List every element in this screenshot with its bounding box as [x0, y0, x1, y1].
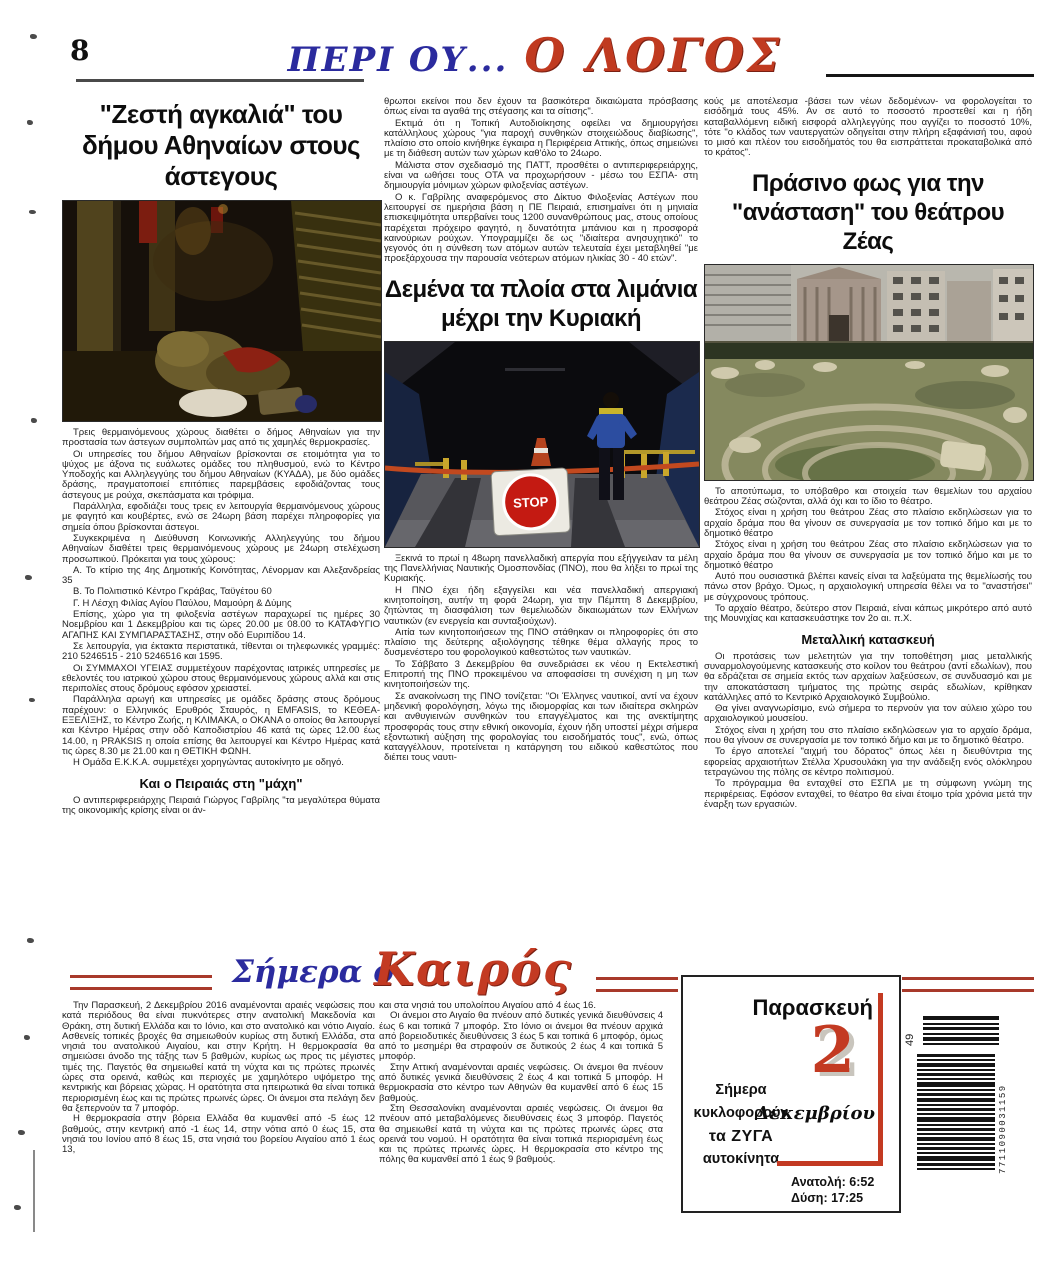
- stop-sign-text: STOP: [513, 494, 549, 511]
- barcode-number: 7711090031159: [998, 1084, 1008, 1174]
- notice-line: τα ΖΥΓΑ: [689, 1125, 793, 1148]
- paragraph: θρωποι εκείνοι που δεν έχουν τα βασικότε…: [384, 97, 698, 118]
- paragraph: Παράλληλα, εφοδιάζει τους τρεις εν λειτο…: [62, 502, 380, 533]
- paragraph: Το έργο αποτελεί "αιχμή του δόρατος" όπω…: [704, 747, 1032, 778]
- headline-homeless: "Ζεστή αγκαλιά" του δήμου Αθηναίων στους…: [62, 99, 380, 192]
- paragraph: Οι ΣΥΜΜΑΧΟΙ ΥΓΕΙΑΣ συμμετέχουν παρέχοντα…: [62, 664, 380, 695]
- paragraph: Τρεις θερμαινόμενους χώρους διαθέτει ο δ…: [62, 428, 380, 449]
- calendar-red-bar-vertical: [878, 993, 883, 1165]
- paragraph: Στόχος είναι η χρήση του στο πλαίσιο εκδ…: [704, 726, 1032, 747]
- print-artifact: [29, 210, 36, 214]
- odd-even-notice: Σήμερα κυκλοφορούν τα ΖΥΓΑ αυτοκίνητα: [689, 1079, 793, 1171]
- paragraph: Ξεκινά το πρωί η 48ωρη πανελλαδική απεργ…: [384, 554, 698, 585]
- paragraph: Στην Αττική αναμένονται αραιές νεφώσεις.…: [379, 1063, 663, 1104]
- masthead-title-blue: ΠΕΡΙ ΟΥ...: [288, 40, 509, 80]
- paragraph: Το Σάββατο 3 Δεκεμβρίου θα συνεδριάσει ε…: [384, 660, 698, 691]
- paragraph: Μάλιστα στον σχεδιασμό της ΠΑΤΤ, προσθέτ…: [384, 161, 698, 192]
- paragraph: Θα γίνει αναγνωρίσιμο, ενώ σήμερα το περ…: [704, 704, 1032, 725]
- subhead-piraeus: Και ο Πειραιάς στη "μάχη": [62, 776, 380, 791]
- article-column-3: κούς με αποτέλεσμα -βάσει των νέων δεδομ…: [704, 97, 1032, 811]
- print-artifact: [27, 938, 34, 943]
- paragraph: Την Παρασκευή, 2 Δεκεμβρίου 2016 αναμένο…: [62, 1001, 375, 1114]
- paragraph: Ο κ. Γαβρίλης αναφερόμενος στο Δίκτυο Φι…: [384, 193, 698, 265]
- port-strike-photo: STOP: [384, 341, 700, 548]
- weather-column-2: και στα νησιά του υπολοίπου Αιγαίου από …: [379, 1001, 663, 1166]
- weather-column-1: Την Παρασκευή, 2 Δεκεμβρίου 2016 αναμένο…: [62, 1001, 375, 1155]
- calendar-day-number: 2: [810, 1013, 855, 1088]
- paragraph: Σε ανακοίνωση της ΠΝΟ τονίζεται: "Οι Έλλ…: [384, 692, 698, 764]
- paragraph: Το αρχαίο θέατρο, δεύτερο στον Πειραιά, …: [704, 604, 1032, 625]
- calendar-red-bar-horizontal: [777, 1161, 883, 1166]
- headline-ships: Δεμένα τα πλοία στα λιμάνια μέχρι την Κυ…: [384, 275, 698, 333]
- article-body: Τρεις θερμαινόμενους χώρους διαθέτει ο δ…: [62, 428, 380, 769]
- paragraph: Α. Το κτίριο της 4ης Δημοτικής Κοινότητα…: [62, 566, 380, 587]
- masthead-rule-right: [826, 74, 1034, 77]
- paragraph: Η ΠΝΟ έχει ήδη εξαγγείλει και νέα πανελλ…: [384, 586, 698, 627]
- headline-theatre: Πράσινο φως για την "ανάσταση" του θεάτρ…: [704, 169, 1032, 256]
- paragraph: Το αποτύπωμα, το υπόβαθρο και στοιχεία τ…: [704, 487, 1032, 508]
- weather-body: και στα νησιά του υπολοίπου Αιγαίου από …: [379, 1001, 663, 1166]
- print-artifact: [33, 1150, 35, 1232]
- barcode-top: 49: [905, 1014, 1005, 1050]
- paragraph: Γ. Η Λέσχη Φιλίας Αγίου Παύλου, Μαμούρη …: [62, 599, 380, 609]
- paragraph: Οι άνεμοι στο Αιγαίο θα πνέουν από δυτικ…: [379, 1011, 663, 1062]
- notice-line: αυτοκίνητα: [689, 1148, 793, 1171]
- article-body: κούς με αποτέλεσμα -βάσει των νέων δεδομ…: [704, 97, 1032, 159]
- print-artifact: [24, 1035, 30, 1040]
- weather-body: Την Παρασκευή, 2 Δεκεμβρίου 2016 αναμένο…: [62, 1001, 375, 1155]
- weather-rule-right: [902, 977, 1034, 992]
- paragraph: Η θερμοκρασία στην βόρεια Ελλάδα θα κυμα…: [62, 1114, 375, 1155]
- paragraph: κούς με αποτέλεσμα -βάσει των νέων δεδομ…: [704, 97, 1032, 159]
- print-artifact: [31, 418, 37, 423]
- paragraph: Επίσης, χώρο για τη φιλοξενία αστέγων πα…: [62, 610, 380, 641]
- article-column-2: θρωποι εκείνοι που δεν έχουν τα βασικότε…: [384, 97, 698, 765]
- weather-title-word: Καιρός: [374, 942, 573, 996]
- paragraph: Σε λειτουργία, για έκτακτα περιστατικά, …: [62, 642, 380, 663]
- zea-theatre-photo: [704, 264, 1034, 481]
- article-body: θρωποι εκείνοι που δεν έχουν τα βασικότε…: [384, 97, 698, 265]
- barcode-top-number: 49: [905, 1034, 916, 1046]
- article-body: Ο αντιπεριφερειάρχης Πειραιά Γιώργος Γαβ…: [62, 796, 380, 817]
- print-artifact: [14, 1205, 21, 1210]
- paragraph: Στόχος είναι η χρήση του θεάτρου Ζέας στ…: [704, 508, 1032, 539]
- paragraph: Στη Θεσσαλονίκη αναμένονται αραιές νεφώσ…: [379, 1104, 663, 1166]
- print-artifact: [30, 34, 37, 39]
- paragraph: Η Ομάδα Ε.Κ.Κ.Α. συμμετέχει χορηγώντας α…: [62, 758, 380, 768]
- article-body: Το αποτύπωμα, το υπόβαθρο και στοιχεία τ…: [704, 487, 1032, 625]
- weather-title-prefix: Σήμερα ο: [232, 954, 394, 990]
- sunset-time: Δύση: 17:25: [791, 1191, 863, 1205]
- paragraph: Οι προτάσεις των μελετητών για την τοποθ…: [704, 652, 1032, 703]
- newspaper-page: 8 ΠΕΡΙ ΟΥ... Ο ΛΟΓΟΣ "Ζεστή αγκαλιά" του…: [0, 0, 1061, 1287]
- paragraph: Παράλληλα αρωγή και υπηρεσίες με ομάδες …: [62, 695, 380, 757]
- paragraph: Εκτιμά ότι η Τοπική Αυτοδιοίκησης οφείλε…: [384, 119, 698, 160]
- barcode-main: 7711090031159: [905, 1054, 1015, 1182]
- article-homeless: "Ζεστή αγκαλιά" του δήμου Αθηναίων στους…: [62, 97, 380, 817]
- weather-rule-mid: [596, 977, 678, 992]
- page-number: 8: [70, 34, 89, 67]
- print-artifact: [29, 698, 35, 702]
- subhead-metal-structure: Μεταλλική κατασκευή: [704, 632, 1032, 647]
- sunrise-time: Ανατολή: 6:52: [791, 1175, 874, 1189]
- print-artifact: [25, 575, 32, 580]
- article-body: Οι προτάσεις των μελετητών για την τοποθ…: [704, 652, 1032, 810]
- print-artifact: [18, 1130, 25, 1135]
- paragraph: Αυτό που ουσιαστικά βλέπει κανείς είναι …: [704, 572, 1032, 603]
- paragraph: Το πρόγραμμα θα ενταχθεί στο ΕΣΠΑ με τη …: [704, 779, 1032, 810]
- masthead-title-red: Ο ΛΟΓΟΣ: [524, 28, 782, 82]
- notice-line: Σήμερα: [689, 1079, 793, 1102]
- homeless-night-photo: [62, 200, 382, 422]
- paragraph: Β. Το Πολιτιστικό Κέντρο Γκράβας, Ταϋγέτ…: [62, 587, 380, 597]
- masthead-title: ΠΕΡΙ ΟΥ... Ο ΛΟΓΟΣ: [240, 28, 830, 82]
- print-artifact: [27, 120, 33, 125]
- weather-rule-left: [70, 975, 212, 990]
- paragraph: Στόχος είναι η χρήση του θεάτρου Ζέας στ…: [704, 540, 1032, 571]
- paragraph: Αιτία των κινητοποιήσεων της ΠΝΟ στάθηκα…: [384, 628, 698, 659]
- calendar-box: Σήμερα κυκλοφορούν τα ΖΥΓΑ αυτοκίνητα Πα…: [681, 975, 901, 1213]
- paragraph: Συγκεκριμένα η Διεύθυνση Κοινωνικής Αλλη…: [62, 534, 380, 565]
- paragraph: Ο αντιπεριφερειάρχης Πειραιά Γιώργος Γαβ…: [62, 796, 380, 817]
- paragraph: Οι υπηρεσίες του δήμου Αθηναίων βρίσκοντ…: [62, 450, 380, 501]
- calendar-month: Δεκεμβρίου: [755, 1103, 875, 1124]
- article-body: Ξεκινά το πρωί η 48ωρη πανελλαδική απεργ…: [384, 554, 698, 764]
